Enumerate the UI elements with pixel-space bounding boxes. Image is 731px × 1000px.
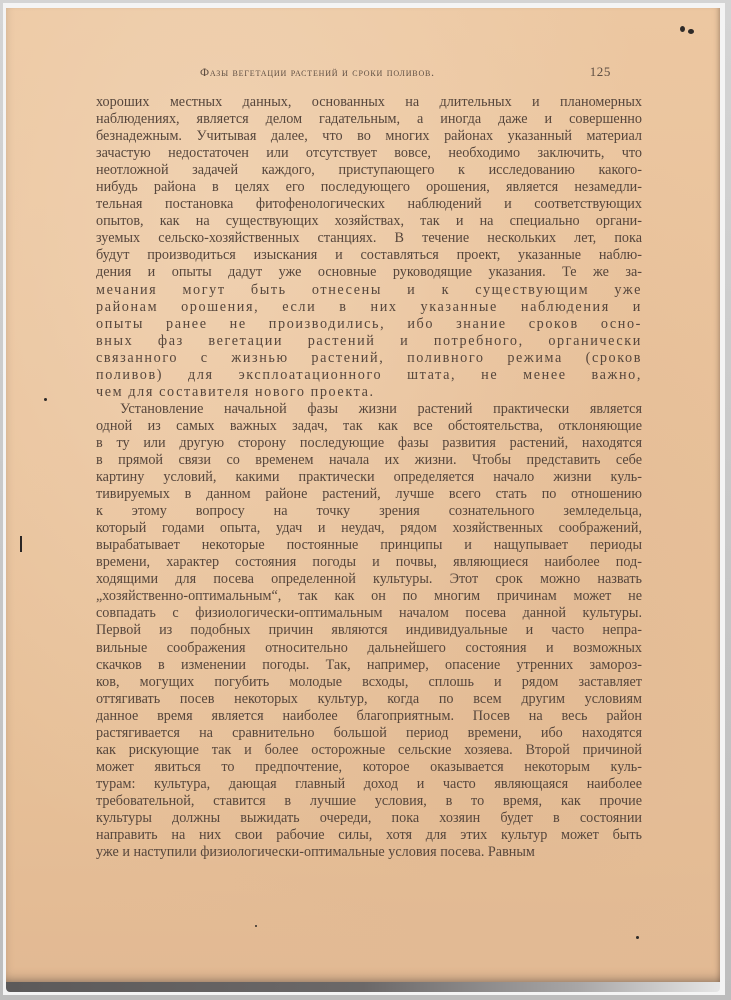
paragraph: Установление начальной фазы жизни растен… xyxy=(96,401,642,861)
text-line: в прямой связи со временем начала их жиз… xyxy=(96,452,642,469)
text-line: скачков в изменении погоды. Так, наприме… xyxy=(96,657,642,674)
ink-speck xyxy=(255,925,257,927)
ink-speck xyxy=(636,936,639,939)
text-line: растягивается на сравнительно большой пе… xyxy=(96,725,642,742)
text-line: будут производиться изыскания и составля… xyxy=(96,247,642,264)
text-line: совпадать с физиологически-оптимальным н… xyxy=(96,605,642,622)
text-line: уже и наступили физиологически-оптимальн… xyxy=(96,844,642,861)
text-line: чем для составителя нового проекта. xyxy=(96,384,642,401)
text-line: времени, характер состояния погоды и поч… xyxy=(96,554,642,571)
text-line: турам: культура, дающая главный доход и … xyxy=(96,776,642,793)
text-line: направить на них свои рабочие силы, хотя… xyxy=(96,827,642,844)
text-line: опыты ранее не производились, ибо знание… xyxy=(96,316,642,333)
text-line: вильные соображения относительно дальней… xyxy=(96,640,642,657)
text-line: оттягивать посев некоторых культур, когд… xyxy=(96,691,642,708)
text-line: который годами опыта, удач и неудач, ряд… xyxy=(96,520,642,537)
running-title: Фазы вегетации растений и сроки поливов. xyxy=(200,67,435,79)
paragraph: хороших местных данных, основанных на дл… xyxy=(96,94,642,401)
text-line: в ту или другую сторону последующие фазы… xyxy=(96,435,642,452)
page-number: 125 xyxy=(590,64,611,80)
text-line: Установление начальной фазы жизни растен… xyxy=(96,401,642,418)
text-line: вных фаз вегетации растений и потребного… xyxy=(96,333,642,350)
text-line: опытов, как на существующих хозяйствах, … xyxy=(96,213,642,230)
text-line: ков, могущих погубить молодые всходы, сп… xyxy=(96,674,642,691)
running-header: Фазы вегетации растений и сроки поливов.… xyxy=(200,64,611,80)
text-line: хороших местных данных, основанных на дл… xyxy=(96,94,642,111)
text-line: неотложной задачей каждого, приступающег… xyxy=(96,162,642,179)
text-line: зачастую недостаточен или отсутствует во… xyxy=(96,145,642,162)
text-line: нибудь района в целях его последующего о… xyxy=(96,179,642,196)
text-line: тельная постановка фитофенологических на… xyxy=(96,196,642,213)
text-line: безнадежным. Учитывая далее, что во мног… xyxy=(96,128,642,145)
text-line: районам орошения, если в них указанные н… xyxy=(96,299,642,316)
ink-speck xyxy=(44,398,47,401)
ink-speck xyxy=(680,26,685,32)
text-line: культуры должны выжидать очереди, пока х… xyxy=(96,810,642,827)
text-line: наблюдениях, является делом гадательным,… xyxy=(96,111,642,128)
ink-speck xyxy=(688,29,694,34)
margin-mark xyxy=(20,536,22,552)
text-line: тивируемых в данном районе растений, луч… xyxy=(96,486,642,503)
text-line: картину условий, какими практически опре… xyxy=(96,469,642,486)
text-line: вырабатывает некоторые постоянные принци… xyxy=(96,537,642,554)
text-line: связанного с жизнью растений, поливного … xyxy=(96,350,642,367)
text-line: поливов) для эксплоатационного штата, не… xyxy=(96,367,642,384)
body-text: хороших местных данных, основанных на дл… xyxy=(96,94,642,861)
text-line: дения и опыты дадут уже основные руковод… xyxy=(96,264,642,281)
text-line: к этому вопросу на точку зрения сознател… xyxy=(96,503,642,520)
text-line: может явиться то предпочтение, которое о… xyxy=(96,759,642,776)
text-line: требовательной, ставится в лучшие услови… xyxy=(96,793,642,810)
text-line: данное время является наиболее благоприя… xyxy=(96,708,642,725)
text-line: мечания могут быть отнесены и к существу… xyxy=(96,282,642,299)
text-line: зуемых сельско-хозяйственных станциях. В… xyxy=(96,230,642,247)
text-line: „хозяйственно-оптимальным“, так как он п… xyxy=(96,588,642,605)
text-line: как рискующие так и более осторожные сел… xyxy=(96,742,642,759)
text-line: Первой из подобных причин являются индив… xyxy=(96,622,642,639)
text-line: одной из самых важных задач, так как все… xyxy=(96,418,642,435)
text-line: ходящими для посева определенной культур… xyxy=(96,571,642,588)
